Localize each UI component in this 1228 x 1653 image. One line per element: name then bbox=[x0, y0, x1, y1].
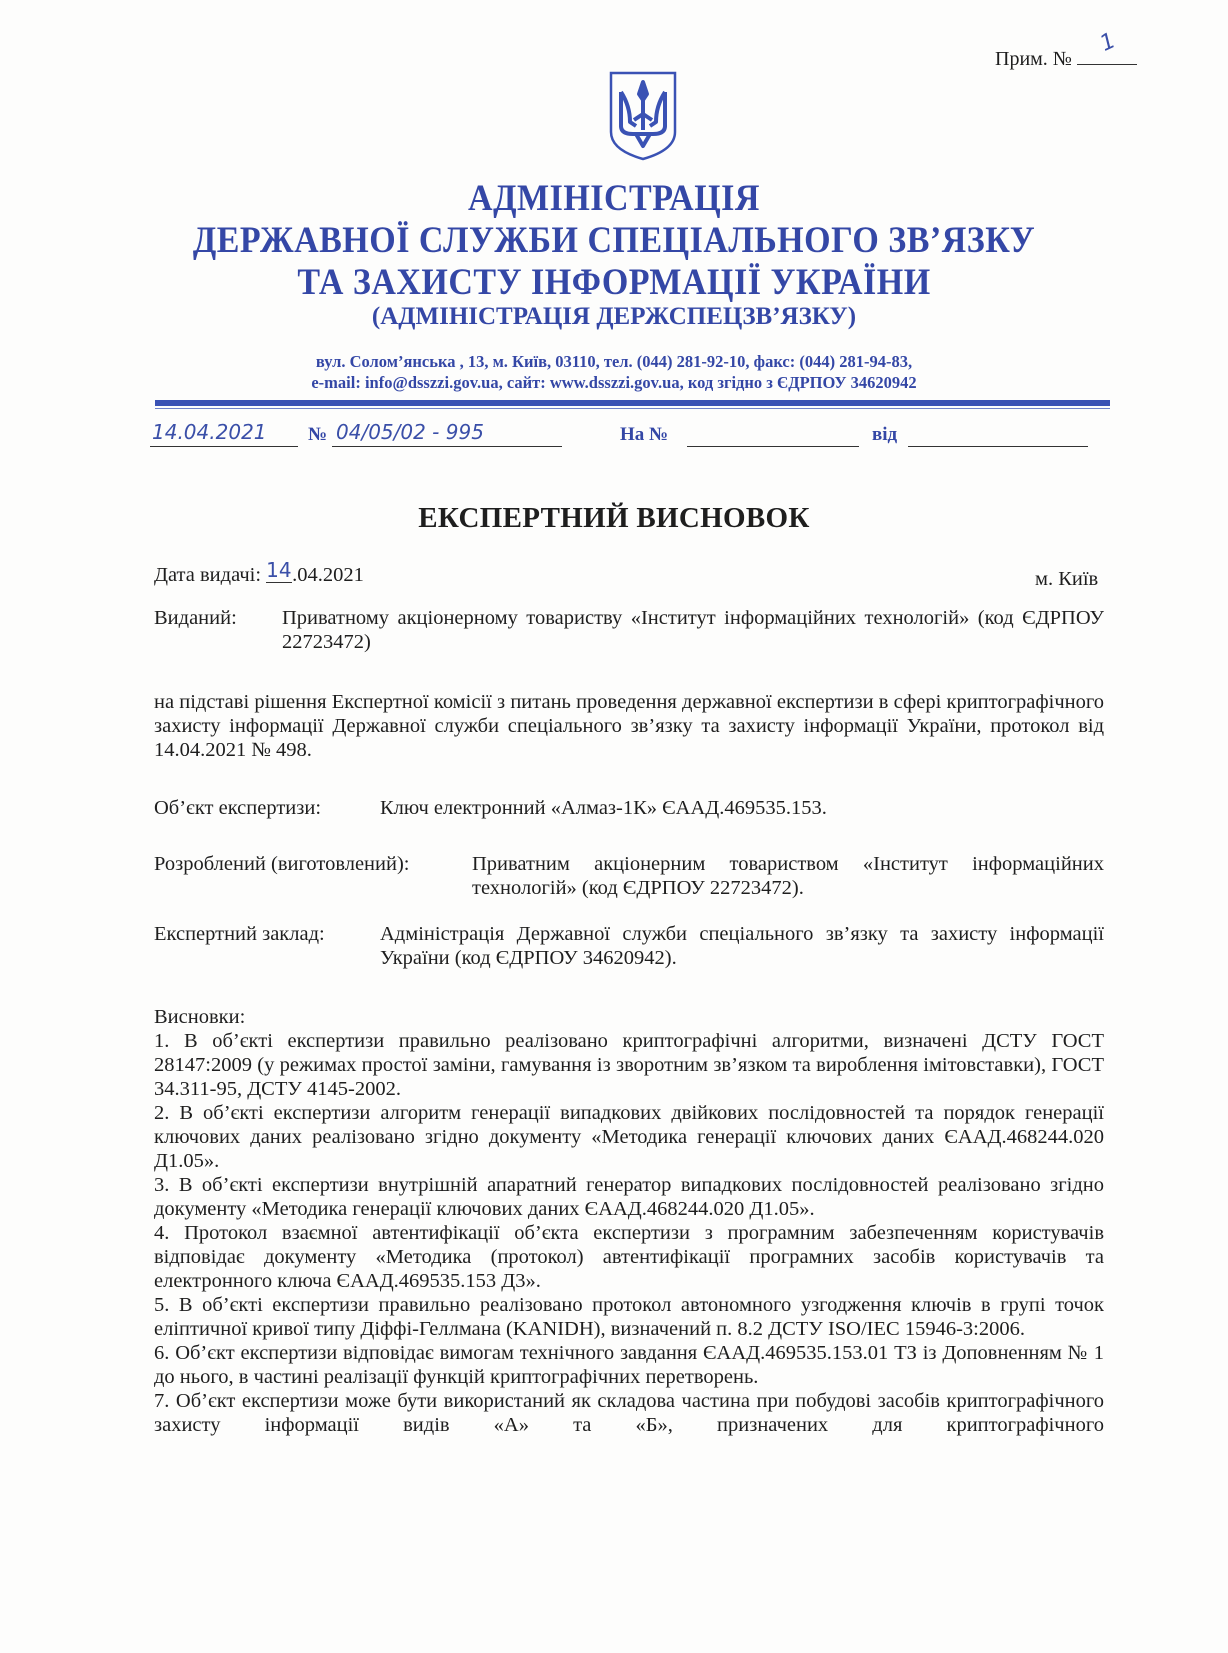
conclusion-item: 4. Протокол взаємної автентифікації об’є… bbox=[154, 1221, 1104, 1293]
institution-value: Адміністрація Державної служби спеціальн… bbox=[380, 922, 1104, 970]
issued-to-value: Приватному акціонерному товариству «Інст… bbox=[282, 606, 1104, 654]
issue-date-label: Дата видачі: bbox=[154, 564, 261, 586]
developer-label: Розроблений (виготовлений): bbox=[154, 852, 410, 876]
issued-to: Виданий: Приватному акціонерному товарис… bbox=[154, 606, 1104, 656]
object-label: Об’єкт експертизи: bbox=[154, 796, 321, 820]
document-title: ЕКСПЕРТНИЙ ВИСНОВОК bbox=[0, 502, 1228, 535]
number-underline bbox=[332, 446, 562, 447]
outgoing-number-label: № bbox=[308, 424, 327, 446]
expert-institution: Експертний заклад: Адміністрація Державн… bbox=[154, 922, 1104, 972]
institution-label: Експертний заклад: bbox=[154, 922, 325, 946]
issue-city: м. Київ bbox=[1035, 567, 1098, 591]
date-underline bbox=[150, 446, 298, 447]
conclusion-item: 1. В об’єкті експертизи правильно реаліз… bbox=[154, 1029, 1104, 1101]
letterhead-divider-thin bbox=[155, 408, 1110, 409]
copy-number-label: Прим. № bbox=[995, 48, 1072, 70]
from-label: від bbox=[872, 424, 897, 446]
outgoing-number-handwritten: 04/05/02 - 995 bbox=[336, 420, 484, 444]
in-reply-underline bbox=[687, 446, 859, 447]
org-address: вул. Солом’янська , 13, м. Київ, 03110, … bbox=[0, 352, 1228, 372]
org-name-line-2: ДЕРЖАВНОЇ СЛУЖБИ СПЕЦІАЛЬНОГО ЗВ’ЯЗКУ bbox=[0, 220, 1228, 261]
basis-text: на підставі рішення Експертної комісії з… bbox=[154, 690, 1104, 762]
coat-of-arms-trident-icon bbox=[608, 70, 678, 162]
issue-date-rest: .04.2021 bbox=[292, 564, 364, 586]
conclusions-heading: Висновки: bbox=[154, 1005, 1104, 1029]
copy-number-field: 1 bbox=[1077, 46, 1137, 65]
outgoing-date-handwritten: 14.04.2021 bbox=[152, 420, 267, 444]
basis-paragraph: на підставі рішення Експертної комісії з… bbox=[154, 690, 1104, 762]
issued-to-label: Виданий: bbox=[154, 606, 237, 630]
issue-date: Дата видачі: 14.04.2021 bbox=[154, 562, 364, 587]
conclusions: Висновки: 1. В об’єкті експертизи правил… bbox=[154, 1005, 1104, 1437]
org-short-name: (АДМІНІСТРАЦІЯ ДЕРЖСПЕЦЗВ’ЯЗКУ) bbox=[0, 303, 1228, 331]
copy-number: Прим. № 1 bbox=[995, 46, 1137, 71]
in-reply-label: На № bbox=[620, 424, 668, 446]
expertise-object: Об’єкт експертизи: Ключ електронний «Алм… bbox=[154, 796, 1104, 822]
object-value: Ключ електронний «Алмаз-1К» ЄААД.469535.… bbox=[380, 796, 1104, 820]
conclusion-item: 3. В об’єкті експертизи внутрішній апара… bbox=[154, 1173, 1104, 1221]
conclusion-item: 5. В об’єкті експертизи правильно реаліз… bbox=[154, 1293, 1104, 1341]
developer-value: Приватним акціонерним товариством «Інсти… bbox=[472, 852, 1104, 900]
issue-date-day-handwritten: 14 bbox=[266, 558, 292, 583]
from-underline bbox=[908, 446, 1088, 447]
developer: Розроблений (виготовлений): Приватним ак… bbox=[154, 852, 1104, 902]
conclusion-item: 7. Об’єкт експертизи може бути використа… bbox=[154, 1389, 1104, 1437]
org-name-line-3: ТА ЗАХИСТУ ІНФОРМАЦІЇ УКРАЇНИ bbox=[0, 262, 1228, 303]
copy-number-handwritten: 1 bbox=[1096, 28, 1119, 57]
letterhead-divider bbox=[155, 400, 1110, 406]
conclusion-item: 2. В об’єкті експертизи алгоритм генерац… bbox=[154, 1101, 1104, 1173]
conclusion-item: 6. Об’єкт експертизи відповідає вимогам … bbox=[154, 1341, 1104, 1389]
reference-row: 14.04.2021 № 04/05/02 - 995 На № від bbox=[150, 418, 1090, 452]
org-name-line-1: АДМІНІСТРАЦІЯ bbox=[0, 178, 1228, 219]
org-contacts: e-mail: info@dsszzi.gov.ua, сайт: www.ds… bbox=[0, 373, 1228, 393]
